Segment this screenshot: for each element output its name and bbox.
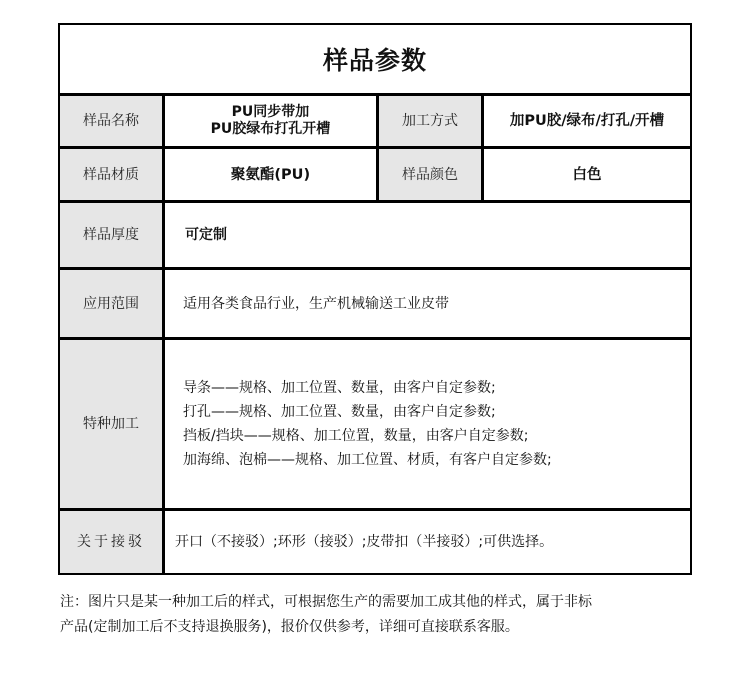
table-row-material: 样品材质 聚氨酯(PU) 样品颜色 白色 [60, 149, 690, 203]
label-color: 样品颜色 [379, 149, 484, 200]
table-row-thickness: 样品厚度 可定制 [60, 203, 690, 270]
special-processing-line-2: 打孔——规格、加工位置、数量，由客户自定参数; [183, 400, 552, 424]
label-sample-name: 样品名称 [60, 96, 165, 146]
table-row-sample-name: 样品名称 PU同步带加 PU胶绿布打孔开槽 加工方式 加PU胶/绿布/打孔/开槽 [60, 96, 690, 149]
label-processing-method: 加工方式 [379, 96, 484, 146]
table-row-splicing: 关于接驳 开口（不接驳）;环形（接驳）;皮带扣（半接驳）;可供选择。 [60, 511, 690, 573]
table-row-special-processing: 特种加工 导条——规格、加工位置、数量，由客户自定参数; 打孔——规格、加工位置… [60, 340, 690, 511]
disclaimer-note: 注：图片只是某一种加工后的样式，可根据您生产的需要加工成其他的样式，属于非标 产… [60, 590, 700, 640]
label-material: 样品材质 [60, 149, 165, 200]
value-sample-name-line-1: PU同步带加 [211, 104, 331, 121]
value-sample-name: PU同步带加 PU胶绿布打孔开槽 [165, 96, 379, 146]
label-special-processing: 特种加工 [60, 340, 165, 508]
note-line-1: 注：图片只是某一种加工后的样式，可根据您生产的需要加工成其他的样式，属于非标 [60, 590, 700, 615]
value-material: 聚氨酯(PU) [165, 149, 379, 200]
table-row-application: 应用范围 适用各类食品行业，生产机械输送工业皮带 [60, 270, 690, 340]
value-processing-method: 加PU胶/绿布/打孔/开槽 [484, 96, 690, 146]
value-color: 白色 [484, 149, 690, 200]
sample-parameters-table: 样品参数 样品名称 PU同步带加 PU胶绿布打孔开槽 加工方式 加PU胶/绿布/… [58, 23, 692, 575]
value-application: 适用各类食品行业，生产机械输送工业皮带 [165, 270, 690, 337]
value-splicing: 开口（不接驳）;环形（接驳）;皮带扣（半接驳）;可供选择。 [165, 511, 690, 573]
value-thickness: 可定制 [165, 203, 690, 267]
special-processing-line-4: 加海绵、泡棉——规格、加工位置、材质，有客户自定参数; [183, 448, 552, 472]
special-processing-line-3: 挡板/挡块——规格、加工位置，数量，由客户自定参数; [183, 424, 552, 448]
label-splicing: 关于接驳 [60, 511, 165, 573]
special-processing-line-1: 导条——规格、加工位置、数量，由客户自定参数; [183, 376, 552, 400]
value-special-processing: 导条——规格、加工位置、数量，由客户自定参数; 打孔——规格、加工位置、数量，由… [165, 340, 690, 508]
value-sample-name-line-2: PU胶绿布打孔开槽 [211, 121, 331, 138]
table-title: 样品参数 [60, 25, 690, 96]
label-application: 应用范围 [60, 270, 165, 337]
label-thickness: 样品厚度 [60, 203, 165, 267]
note-line-2: 产品(定制加工后不支持退换服务)，报价仅供参考，详细可直接联系客服。 [60, 615, 700, 640]
